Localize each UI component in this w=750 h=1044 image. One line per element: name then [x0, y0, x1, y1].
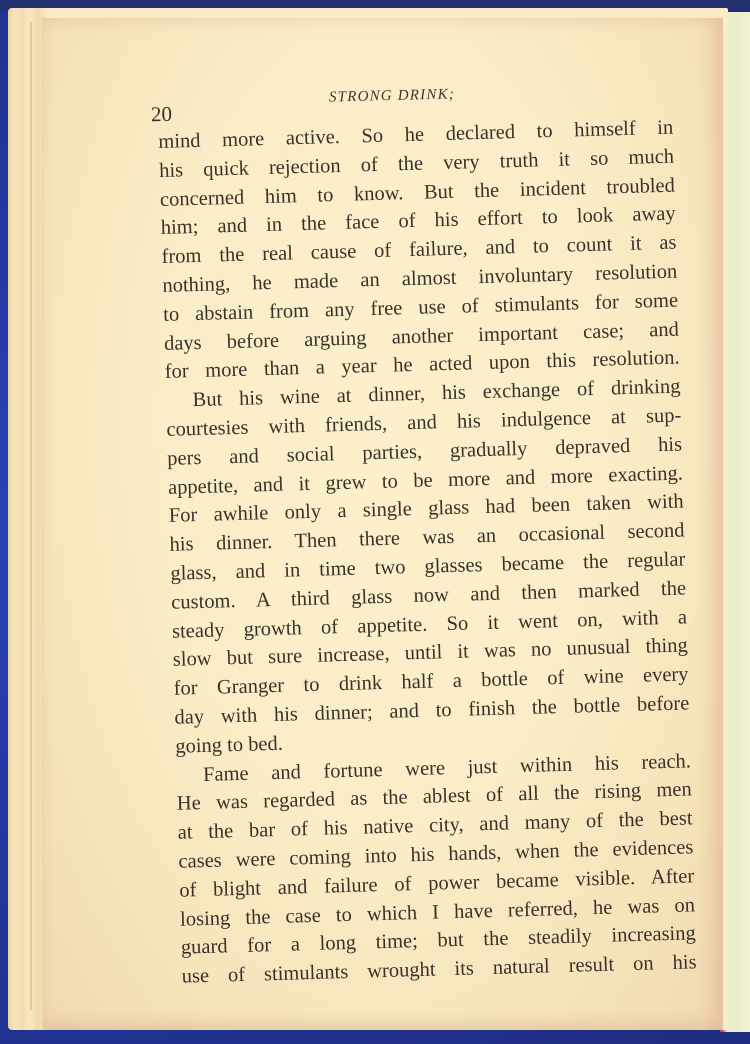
- body-text: mind more active. So he declared to hims…: [158, 114, 697, 992]
- page-header: 20 STRONG DRINK;: [151, 80, 681, 120]
- leaf-edge: [30, 22, 32, 1010]
- paragraph: mind more active. So he declared to hims…: [158, 114, 680, 387]
- book-page: 20 STRONG DRINK; mind more active. So he…: [42, 18, 723, 1030]
- running-head: STRONG DRINK;: [329, 86, 455, 106]
- paper-speck: [355, 716, 358, 719]
- paragraph: But his wine at dinner, his exchange of …: [165, 373, 690, 762]
- paragraph: Fame and fortune were just within his re…: [176, 747, 697, 992]
- page-number: 20: [151, 102, 173, 127]
